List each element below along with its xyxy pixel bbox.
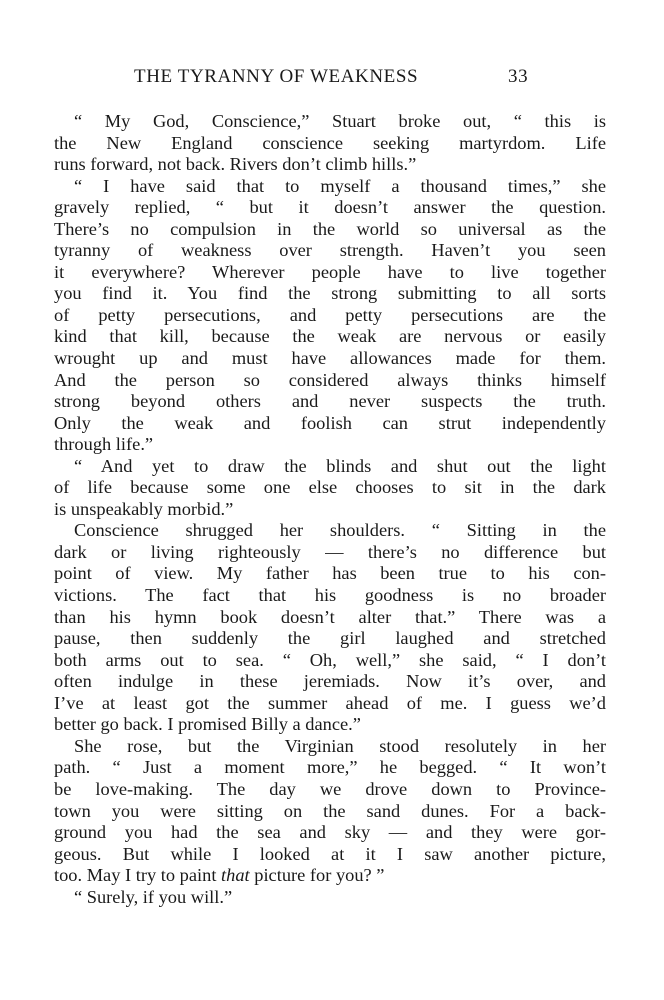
- text-line: I’ve at least got the summer ahead of me…: [54, 693, 606, 715]
- text-line: better go back. I promised Billy a dance…: [54, 714, 606, 736]
- text-line: tyranny of weakness over strength. Haven…: [54, 240, 606, 262]
- text-line: She rose, but the Virginian stood resolu…: [54, 736, 606, 758]
- text-line: both arms out to sea. “ Oh, well,” she s…: [54, 650, 606, 672]
- text-line: path. “ Just a moment more,” he begged. …: [54, 757, 606, 779]
- text-line: Only the weak and foolish can strut inde…: [54, 413, 606, 435]
- text-segment: too. May I try to paint: [54, 865, 221, 885]
- text-line: town you were sitting on the sand dunes.…: [54, 801, 606, 823]
- text-segment: picture for you? ”: [250, 865, 385, 885]
- page-number: 33: [508, 66, 528, 88]
- text-line: gravely replied, “ but it doesn’t answer…: [54, 197, 606, 219]
- text-line: pause, then suddenly the girl laughed an…: [54, 628, 606, 650]
- text-line: “ Surely, if you will.”: [54, 887, 606, 909]
- running-head-title: THE TYRANNY OF WEAKNESS: [134, 66, 418, 88]
- text-line: And the person so considered always thin…: [54, 370, 606, 392]
- text-line: than his hymn book doesn’t alter that.” …: [54, 607, 606, 629]
- italic-emphasis: that: [221, 865, 250, 885]
- text-line: strong beyond others and never suspects …: [54, 391, 606, 413]
- text-line: the New England conscience seeking marty…: [54, 133, 606, 155]
- text-line: be love-making. The day we drove down to…: [54, 779, 606, 801]
- running-head: THE TYRANNY OF WEAKNESS 33: [54, 66, 606, 96]
- text-line: of life because some one else chooses to…: [54, 477, 606, 499]
- text-line: “ My God, Conscience,” Stuart broke out,…: [54, 111, 606, 133]
- text-line: through life.”: [54, 434, 606, 456]
- text-line: is unspeakably morbid.”: [54, 499, 606, 521]
- text-line: too. May I try to paint that picture for…: [54, 865, 606, 887]
- text-line: There’s no compulsion in the world so un…: [54, 219, 606, 241]
- text-line: ground you had the sea and sky — and the…: [54, 822, 606, 844]
- text-line: it everywhere? Wherever people have to l…: [54, 262, 606, 284]
- text-line: Conscience shrugged her shoulders. “ Sit…: [54, 520, 606, 542]
- text-line: often indulge in these jeremiads. Now it…: [54, 671, 606, 693]
- text-line: “ I have said that to myself a thousand …: [54, 176, 606, 198]
- text-line: geous. But while I looked at it I saw an…: [54, 844, 606, 866]
- text-line: kind that kill, because the weak are ner…: [54, 326, 606, 348]
- text-line: dark or living righteously — there’s no …: [54, 542, 606, 564]
- text-line: you find it. You find the strong submitt…: [54, 283, 606, 305]
- text-line: of petty persecutions, and petty persecu…: [54, 305, 606, 327]
- text-line: point of view. My father has been true t…: [54, 563, 606, 585]
- text-line: runs forward, not back. Rivers don’t cli…: [54, 154, 606, 176]
- text-line: victions. The fact that his goodness is …: [54, 585, 606, 607]
- text-line: wrought up and must have allowances made…: [54, 348, 606, 370]
- body-text: “ My God, Conscience,” Stuart broke out,…: [54, 111, 606, 908]
- text-line: “ And yet to draw the blinds and shut ou…: [54, 456, 606, 478]
